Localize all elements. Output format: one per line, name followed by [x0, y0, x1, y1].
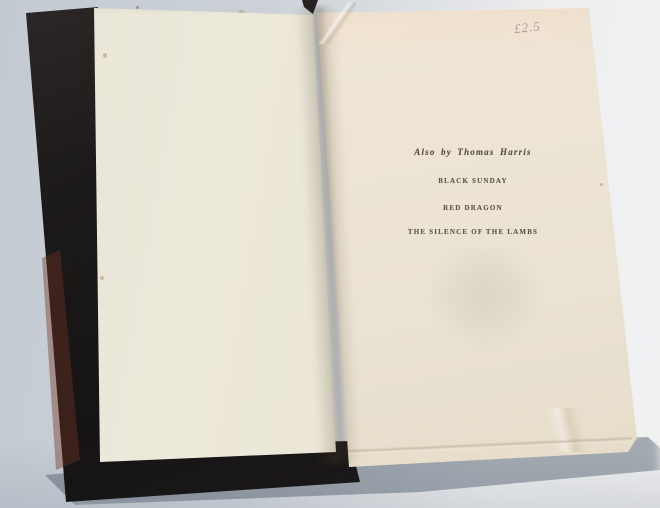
page-stain: [425, 248, 545, 352]
also-by-text-block: Also by Thomas Harris BLACK SUNDAY RED D…: [343, 147, 603, 236]
book-title-silence-of-the-lambs: THE SILENCE OF THE LAMBS: [343, 228, 603, 236]
foxing-spot: [100, 276, 104, 280]
book-photo: £2.5 Also by Thomas Harris BLACK SUNDAY …: [0, 0, 660, 508]
also-by-heading: Also by Thomas Harris: [343, 147, 603, 157]
foxing-spot: [238, 10, 245, 13]
foxing-spot: [103, 53, 107, 58]
foxing-spot: [136, 6, 139, 9]
page-crease-top: [316, 2, 356, 44]
book-title-red-dragon: RED DRAGON: [343, 204, 603, 212]
book-title-black-sunday: BLACK SUNDAY: [343, 177, 603, 185]
